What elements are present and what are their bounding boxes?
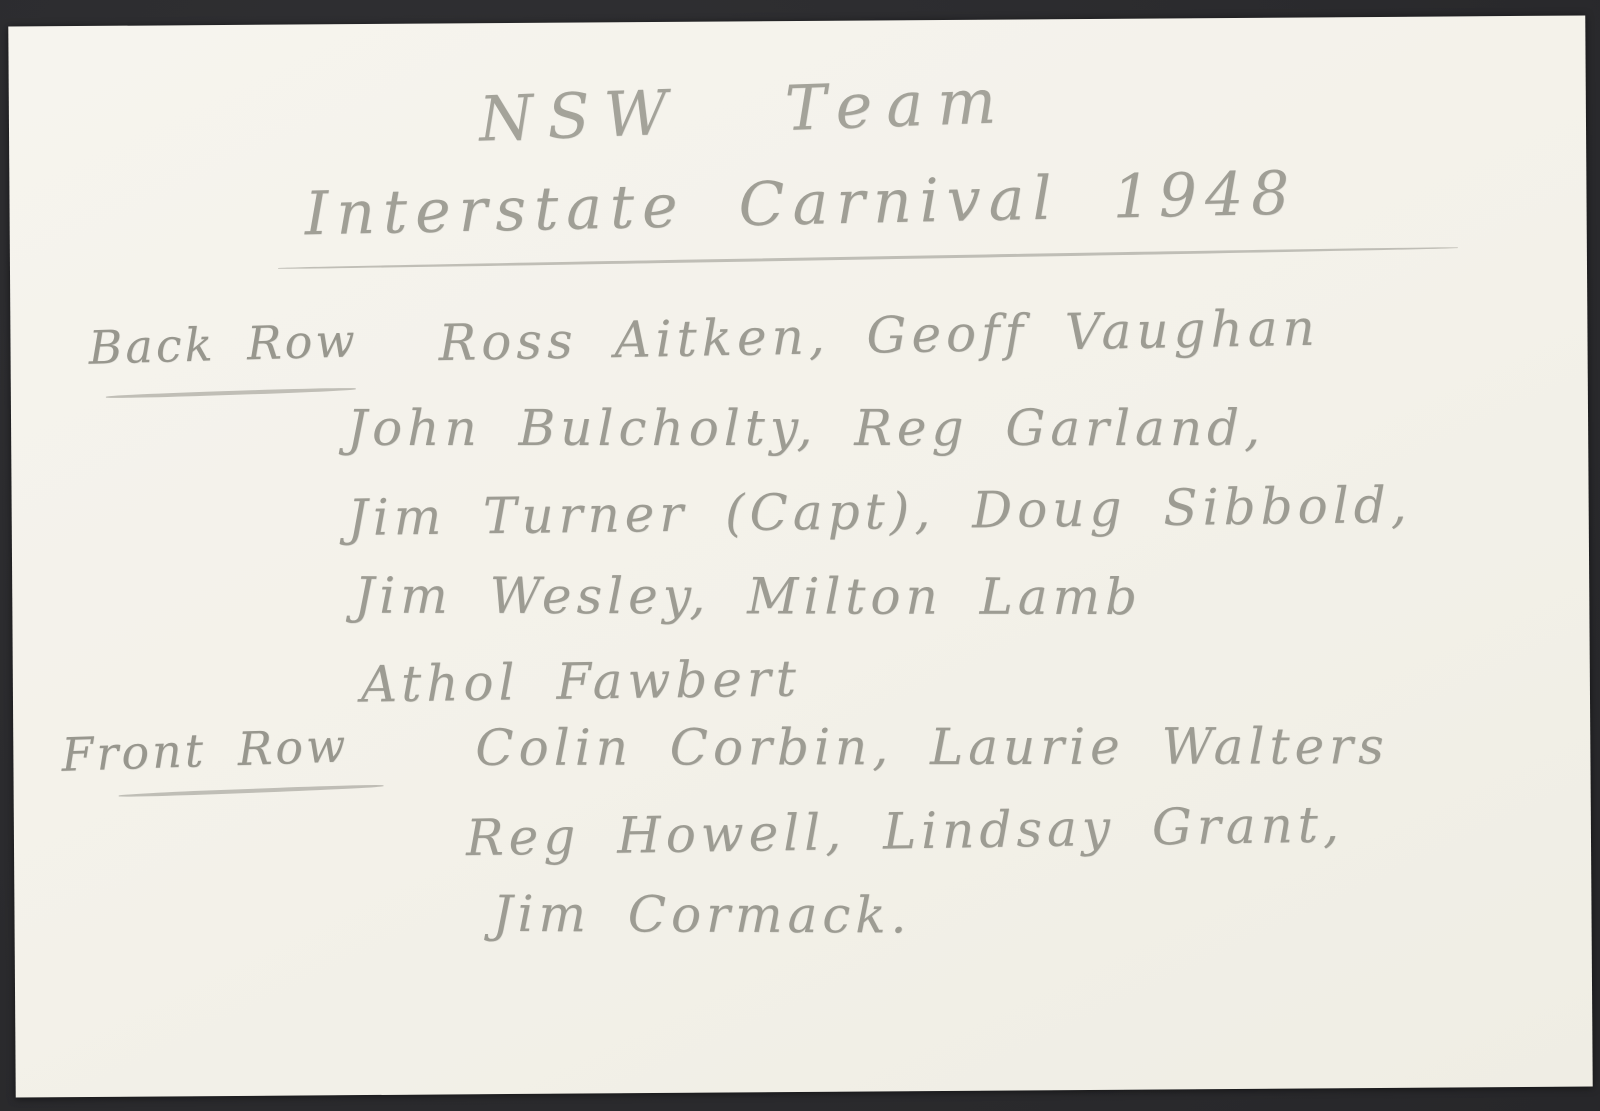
back-row-underline (106, 387, 356, 399)
name-line: Ross Aitken, Geoff Vaughan (438, 299, 1320, 372)
name-line: Jim Turner (Capt), Doug Sibbold, (347, 476, 1412, 547)
name-line: Reg Howell, Lindsay Grant, (466, 795, 1345, 867)
handwritten-notecard: NSW Team Interstate Carnival 1948 Back R… (8, 16, 1592, 1098)
section-label-back-row: Back Row (88, 313, 359, 374)
name-line: Jim Wesley, Milton Lamb (354, 567, 1142, 626)
name-line: Athol Fawbert (360, 649, 801, 713)
front-row-underline (119, 784, 384, 798)
note-title-line-1: NSW Team (478, 64, 1011, 155)
name-line: John Bulcholty, Reg Garland, (347, 399, 1265, 457)
name-line: Colin Corbin, Laurie Walters (475, 717, 1388, 777)
section-label-front-row: Front Row (61, 718, 350, 781)
photo-background: NSW Team Interstate Carnival 1948 Back R… (0, 0, 1600, 1111)
name-line: Jim Cormack. (492, 885, 911, 944)
title-underline (278, 246, 1458, 270)
note-title-line-2: Interstate Carnival 1948 (304, 159, 1298, 250)
